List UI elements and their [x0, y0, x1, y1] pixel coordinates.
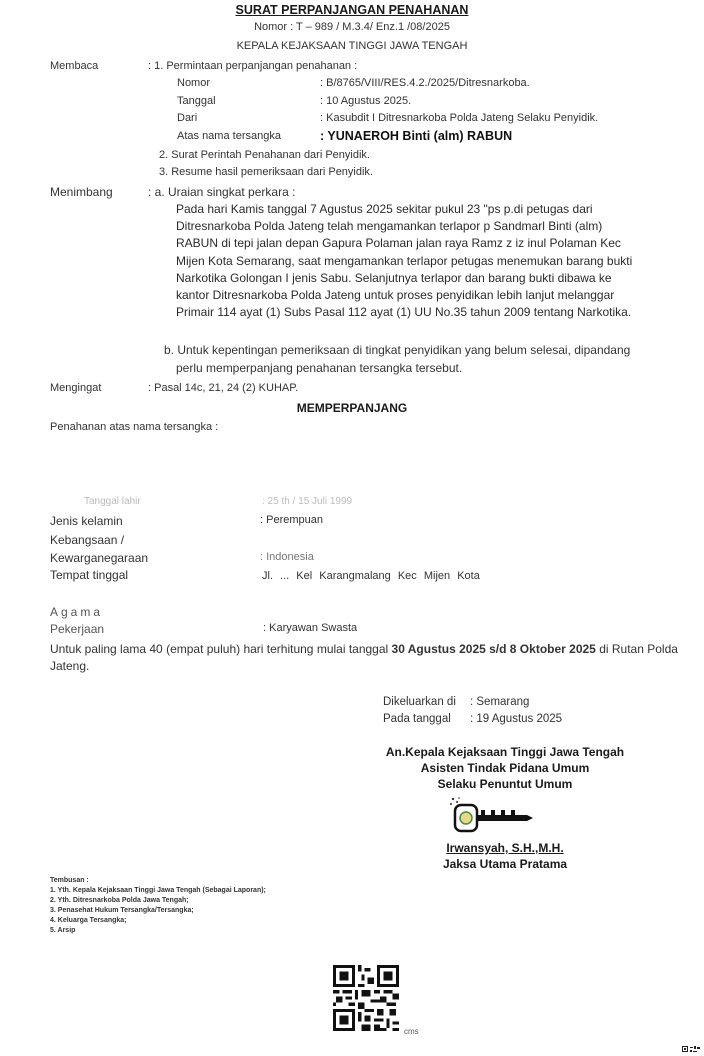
- nationality-label-2: Kewarganegaraan: [50, 551, 148, 565]
- document-number: Nomor : T – 989 / M.3.4/ Enz.1 /08/2025: [0, 21, 704, 33]
- detention-line1: Untuk paling lama 40 (empat puluh) hari …: [50, 642, 678, 656]
- cc-item: 1. Yth. Kepala Kejaksaan Tinggi Jawa Ten…: [50, 886, 266, 897]
- membaca-item-3: 3. Resume hasil pemeriksaan dari Penyidi…: [159, 166, 373, 178]
- menimbang-b-line1: b. Untuk kepentingan pemeriksaan di ting…: [164, 343, 630, 357]
- signature-line1: An.Kepala Kejaksaan Tinggi Jawa Tengah: [340, 745, 670, 759]
- nationality-label-1: Kebangsaan /: [50, 533, 124, 547]
- date-value: : 19 Agustus 2025: [470, 713, 562, 725]
- suspect-name: : YUNAEROH Binti (alm) RABUN: [320, 129, 512, 143]
- occupation-value: : Karyawan Swasta: [263, 622, 357, 634]
- cc-item: 2. Yth. Ditresnarkoba Polda Jawa Tengah;: [50, 896, 189, 907]
- field-value: : B/8765/VIII/RES.4.2./2025/Ditresnarkob…: [320, 77, 530, 89]
- field-label: Nomor: [177, 77, 210, 89]
- digital-signature-emblem-icon: [445, 795, 535, 835]
- cc-label: Tembusan :: [50, 876, 89, 887]
- mengingat-label: Mengingat: [50, 382, 101, 394]
- summary-line: Pada hari Kamis tanggal 7 Agustus 2025 s…: [176, 201, 698, 218]
- detention-line2: Jateng.: [50, 659, 89, 673]
- signature-line2: Asisten Tindak Pidana Umum: [340, 761, 670, 775]
- mengingat-value: : Pasal 14c, 21, 24 (2) KUHAP.: [148, 382, 298, 394]
- qr-caption: cms: [404, 1027, 419, 1036]
- summary-line: RABUN di tepi jalan depan Gapura Polaman…: [176, 235, 698, 252]
- summary-line: Primair 114 ayat (1) Subs Pasal 112 ayat…: [176, 304, 698, 321]
- signature-line3: Selaku Penuntut Umum: [340, 777, 670, 791]
- summary-line: kantor Ditresnarkoba Polda Jateng untuk …: [176, 287, 698, 304]
- place-label: Dikeluarkan di: [383, 696, 456, 708]
- redacted-area: [40, 448, 560, 500]
- menimbang-a-intro: : a. Uraian singkat perkara :: [148, 185, 295, 199]
- field-value: : Kasubdit I Ditresnarkoba Polda Jateng …: [320, 112, 598, 124]
- gender-label: Jenis kelamin: [50, 514, 123, 528]
- case-summary: Pada hari Kamis tanggal 7 Agustus 2025 s…: [176, 201, 698, 321]
- nationality-value: : Indonesia: [260, 551, 314, 563]
- signatory-name: Irwansyah, S.H.,M.H.: [340, 841, 670, 855]
- occupation-label: Pekerjaan: [50, 622, 104, 636]
- address-value: Jl. ... Kel Karangmalang Kec Mijen Kota: [262, 570, 480, 582]
- date-label: Pada tanggal: [383, 713, 451, 725]
- decision-heading: MEMPERPANJANG: [0, 401, 704, 415]
- document-title: SURAT PERPANJANGAN PENAHANAN: [0, 3, 704, 17]
- gender-value: : Perempuan: [260, 514, 323, 526]
- cc-item: 5. Arsip: [50, 926, 75, 937]
- summary-line: Mijen Kota Semarang, saat mengamankan te…: [176, 253, 698, 270]
- field-label: Tanggal: [177, 95, 216, 107]
- membaca-label: Membaca: [50, 60, 98, 72]
- qr-code-icon: [333, 965, 399, 1031]
- summary-line: Narkotika Golongan I jenis Sabu. Selanju…: [176, 270, 698, 287]
- suspect-intro: Penahanan atas nama tersangka :: [50, 421, 218, 433]
- field-label: Atas nama tersangka: [177, 130, 281, 142]
- cc-item: 4. Keluarga Tersangka;: [50, 916, 127, 927]
- address-label: Tempat tinggal: [50, 568, 128, 582]
- membaca-item-2: 2. Surat Perintah Penahanan dari Penyidi…: [159, 149, 370, 161]
- small-qr-code-icon: [682, 1046, 700, 1056]
- place-value: : Semarang: [470, 696, 529, 708]
- membaca-item-1: : 1. Permintaan perpanjangan penahanan :: [148, 60, 357, 72]
- birth-value: : 25 th / 15 Juli 1999: [262, 496, 352, 507]
- summary-line: Ditresnarkoba Polda Jateng telah mengama…: [176, 218, 698, 235]
- signatory-rank: Jaksa Utama Pratama: [340, 857, 670, 871]
- menimbang-b-line2: perlu memperpanjang penahanan tersangka …: [176, 361, 462, 375]
- birth-label: Tanggal lahir: [84, 496, 141, 507]
- menimbang-label: Menimbang: [50, 185, 113, 199]
- cc-item: 3. Penasehat Hukum Tersangka/Tersangka;: [50, 906, 194, 917]
- issuer-heading: KEPALA KEJAKSAAN TINGGI JAWA TENGAH: [0, 40, 704, 52]
- field-label: Dari: [177, 112, 197, 124]
- religion-label: Agama: [50, 605, 103, 619]
- field-value: : 10 Agustus 2025.: [320, 95, 411, 107]
